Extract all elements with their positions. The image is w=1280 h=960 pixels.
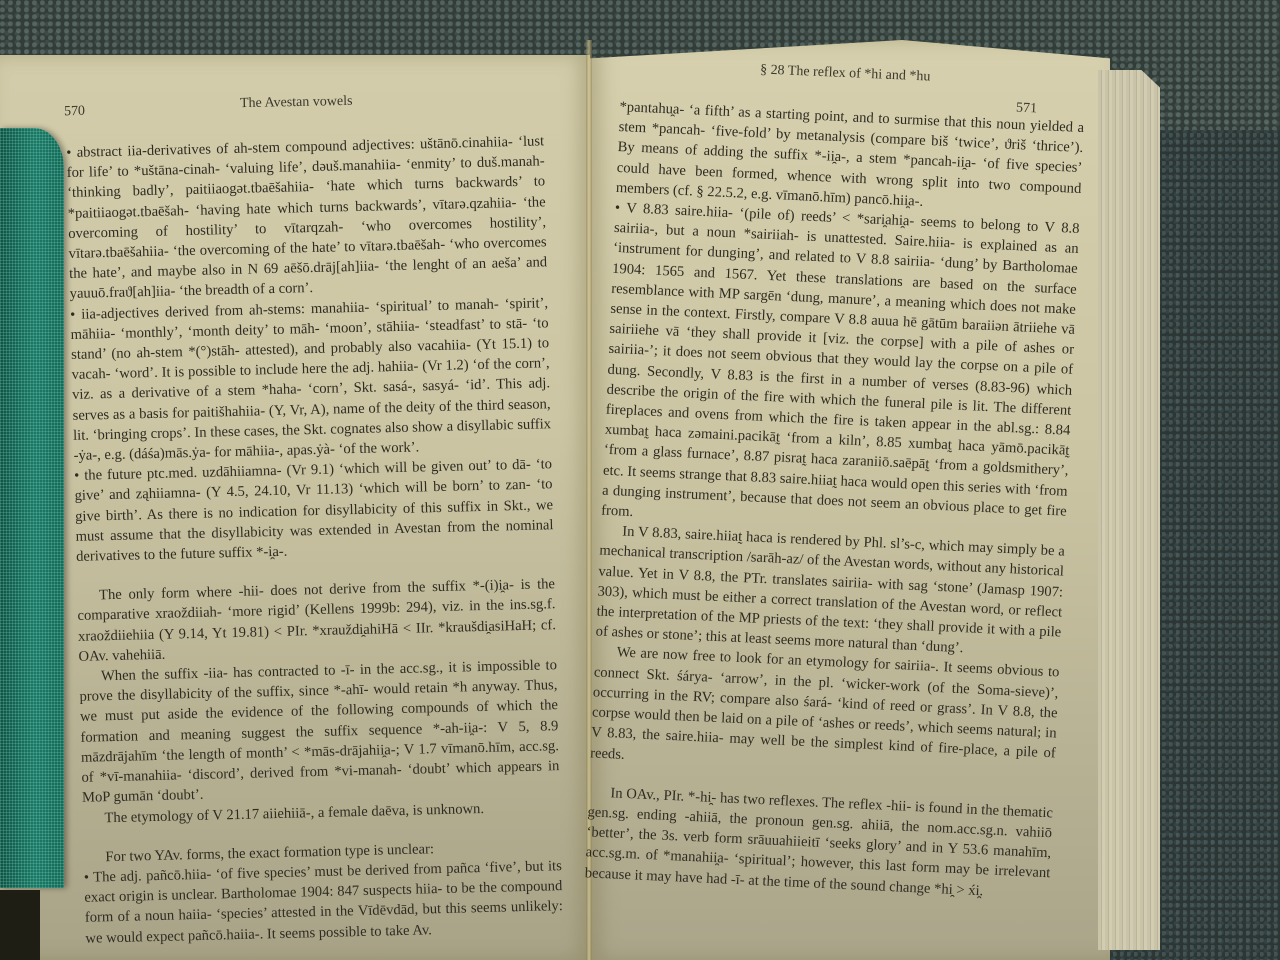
shadow xyxy=(0,890,40,960)
left-running-head: The Avestan vowels xyxy=(240,94,353,112)
paragraph: In OAv., PIr. *-hi̯- has two reflexes. T… xyxy=(584,782,1053,904)
paragraph: In V 8.83, saire.hiiat̰ haca is rendered… xyxy=(595,521,1065,663)
paragraph: the future ptc.med. uzdāhiiamna- (Vr 9.1… xyxy=(74,454,554,567)
left-page-body: abstract iia-derivatives of ah-stem comp… xyxy=(66,131,564,948)
paragraph: abstract iia-derivatives of ah-stem comp… xyxy=(66,131,548,304)
paragraph: The adj. pañcō.hiia- ‘of five species’ m… xyxy=(84,856,564,948)
paragraph: V 8.83 saire.hiia- ‘(pile of) reeds’ < *… xyxy=(601,198,1080,542)
green-book-spine xyxy=(0,128,64,888)
left-page-number: 570 xyxy=(64,104,85,120)
page-edges xyxy=(1098,70,1160,950)
paragraph: When the suffix -iia- has contracted to … xyxy=(79,655,560,808)
paragraph: We are now free to look for an etymology… xyxy=(590,642,1060,784)
open-book: 570 The Avestan vowels § 28 The reflex o… xyxy=(0,0,1280,960)
paragraph: The only form where -hii- does not deriv… xyxy=(77,574,557,666)
right-page-body: *pantahu̯a- ‘a fifth’ as a starting poin… xyxy=(584,97,1084,904)
paragraph: iia-adjectives derived from ah-stems: ma… xyxy=(70,293,552,466)
